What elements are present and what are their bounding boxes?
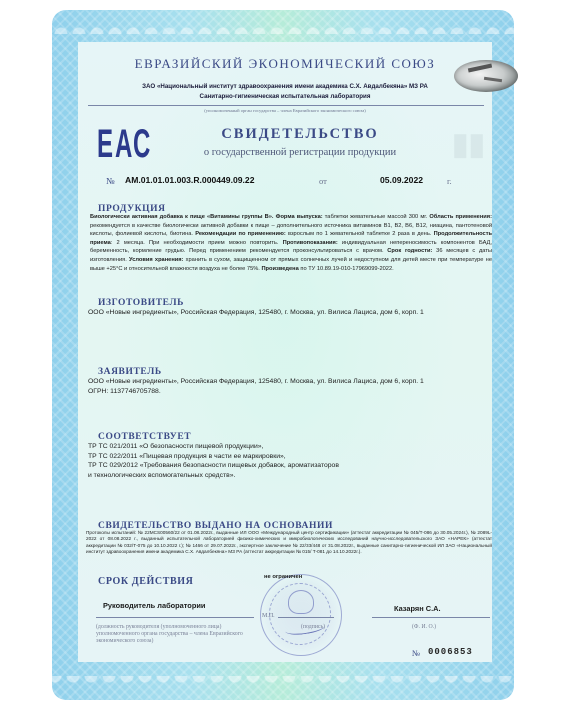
regulation-item: ТР ТС 029/2012 «Требования безопасности …: [88, 461, 339, 471]
manufacturer-heading: ИЗГОТОВИТЕЛЬ: [98, 298, 184, 308]
conforms-heading: СООТВЕТСТВУЕТ: [98, 432, 191, 442]
manufacturer-address: ООО «Новые ингредиенты», Российская Феде…: [88, 308, 424, 318]
eac-letter: С: [133, 124, 143, 164]
registration-year-suffix: г.: [447, 176, 452, 186]
divider: [278, 617, 334, 618]
eac-logo-icon: Е А С: [97, 124, 149, 164]
divider: [88, 105, 484, 106]
regulation-item: ТР ТС 022/2011 «Пищевая продукция в част…: [88, 452, 339, 462]
authority-note: (уполномоченный орган государства – член…: [78, 108, 492, 113]
union-title: ЕВРАЗИЙСКИЙ ЭКОНОМИЧЕСКИЙ СОЮЗ: [78, 56, 492, 72]
registration-row: № AM.01.01.01.003.R.000449.09.22 от 05.0…: [0, 175, 566, 189]
registration-date: 05.09.2022: [380, 175, 423, 185]
stamp-place-label: М.П.: [262, 613, 275, 619]
field-value: : 2 месяца. При необходимости прием можн…: [111, 240, 283, 246]
field-value: взрослым по 1 жевательной таблетке 2 раз…: [286, 231, 434, 237]
issuing-laboratory: Санитарно-гигиеническая испытательная ла…: [60, 93, 510, 100]
regulation-item: ТР ТС 021/2011 «О безопасности пищевой п…: [88, 442, 339, 452]
registration-date-label: от: [319, 176, 327, 186]
field-label: Область применения:: [429, 214, 492, 220]
field-value: по ТУ 10.89.19-010-17969099-2022.: [299, 266, 394, 272]
applicant-heading: ЗАЯВИТЕЛЬ: [98, 367, 162, 377]
name-caption: (Ф. И. О.): [412, 624, 436, 630]
applicant-ogrn: ОГРН: 1137746705788.: [88, 387, 424, 397]
applicant-address: ООО «Новые ингредиенты», Российская Феде…: [88, 377, 424, 387]
field-label: Условия хранения:: [129, 257, 183, 263]
blank-number-label: №: [412, 648, 420, 658]
issued-basis-text: Протоколы испытаний: № 22MCS00560/22 от …: [86, 530, 492, 556]
issuing-organization: ЗАО «Национальный институт здравоохранен…: [60, 83, 510, 90]
field-label: Рекомендации по применению:: [195, 231, 286, 237]
seal-emblem-icon: [288, 590, 314, 614]
field-label: Противопоказания:: [283, 240, 338, 246]
divider: [372, 617, 490, 618]
signatory-name: Казарян С.А.: [394, 604, 441, 613]
product-description: Биологически активная добавка к пище «Ви…: [90, 213, 492, 273]
validity-heading: СРОК ДЕЙСТВИЯ: [98, 576, 194, 587]
field-label: Срок годности:: [387, 248, 432, 254]
blank-serial-number: 0006853: [428, 647, 473, 657]
applicant-details: ООО «Новые ингредиенты», Российская Феде…: [88, 377, 424, 396]
watermark-emblem-icon: ▮▮: [452, 127, 492, 163]
eac-letter: А: [115, 124, 125, 164]
document-title: СВИДЕТЕЛЬСТВО: [150, 126, 450, 143]
document-subtitle: о государственной регистрации продукции: [150, 147, 450, 158]
field-label: Биологически активная добавка к пище «Ви…: [90, 214, 323, 220]
divider: [96, 617, 254, 618]
regulation-item: и технологических вспомогательных средст…: [88, 471, 339, 481]
field-label: Произведена: [261, 266, 298, 272]
registration-number-label: №: [106, 176, 115, 186]
signature-caption: (подпись): [301, 624, 325, 630]
validity-value: не ограничен: [264, 574, 302, 580]
conforms-list: ТР ТС 021/2011 «О безопасности пищевой п…: [88, 442, 339, 480]
signatory-position: Руководитель лаборатории: [103, 601, 205, 610]
field-value: таблетки жевательные массой 300 мг.: [323, 214, 430, 220]
eac-letter: Е: [97, 124, 107, 164]
registration-number: AM.01.01.01.003.R.000449.09.22: [125, 175, 254, 185]
position-caption: (должность руководителя (уполномоченного…: [96, 624, 266, 645]
